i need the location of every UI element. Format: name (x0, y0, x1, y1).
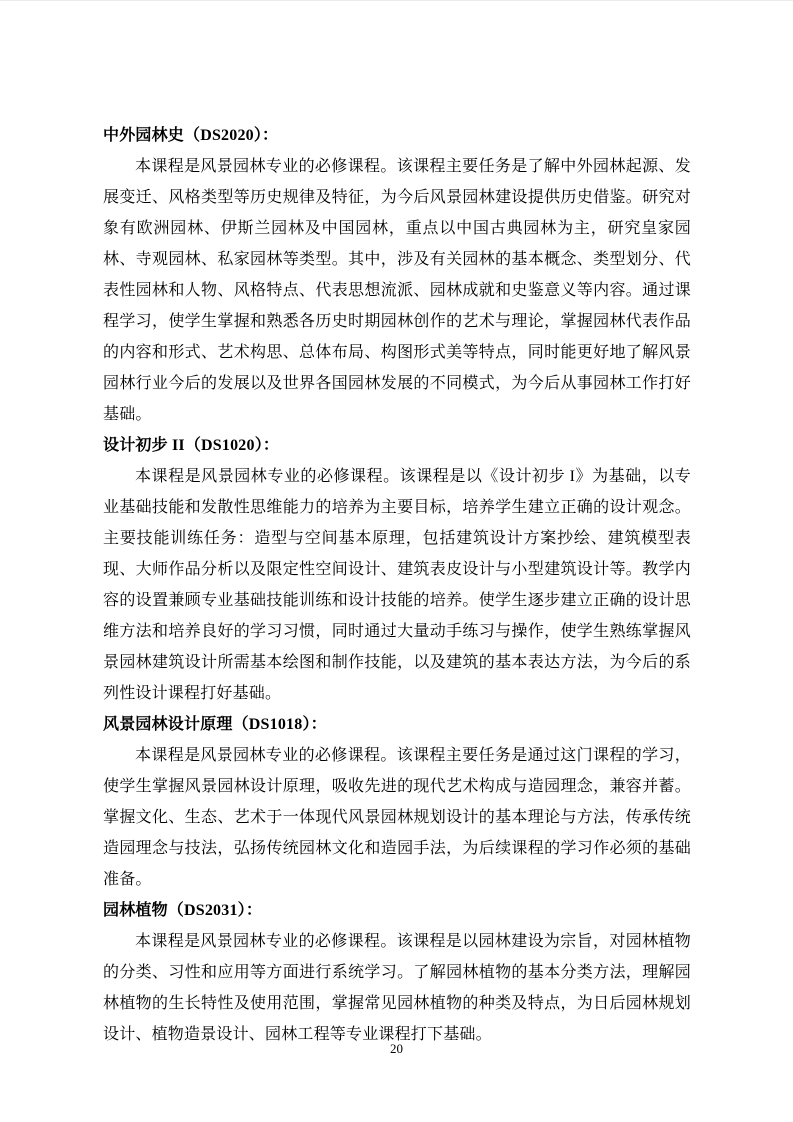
document-page: 中外园林史（DS2020）： 本课程是风景园林专业的必修课程。该课程主要任务是了… (0, 0, 793, 1122)
course-title: 风景园林设计原理（DS1018）： (103, 709, 691, 740)
course-title: 设计初步 II（DS1020）： (103, 430, 691, 461)
page-content: 中外园林史（DS2020）： 本课程是风景园林专业的必修课程。该课程主要任务是了… (103, 120, 691, 1050)
course-description: 本课程是风景园林专业的必修课程。该课程是以园林建设为宗旨，对园林植物的分类、习性… (103, 926, 691, 1050)
course-section-fengjing-yuanlin-sheji-yuanli: 风景园林设计原理（DS1018）： 本课程是风景园林专业的必修课程。该课程主要任… (103, 709, 691, 895)
course-description: 本课程是风景园林专业的必修课程。该课程主要任务是了解中外园林起源、发展变迁、风格… (103, 151, 691, 430)
course-title: 中外园林史（DS2020）： (103, 120, 691, 151)
course-section-sheji-chubu-2: 设计初步 II（DS1020）： 本课程是风景园林专业的必修课程。该课程是以《设… (103, 430, 691, 709)
course-description: 本课程是风景园林专业的必修课程。该课程主要任务是通过这门课程的学习，使学生掌握风… (103, 740, 691, 895)
course-section-zhongwai-yuanlinshi: 中外园林史（DS2020）： 本课程是风景园林专业的必修课程。该课程主要任务是了… (103, 120, 691, 430)
course-description: 本课程是风景园林专业的必修课程。该课程是以《设计初步 I》为基础，以专业基础技能… (103, 461, 691, 709)
page-number: 20 (0, 1041, 793, 1057)
course-title: 园林植物（DS2031）： (103, 895, 691, 926)
course-section-yuanlin-zhiwu: 园林植物（DS2031）： 本课程是风景园林专业的必修课程。该课程是以园林建设为… (103, 895, 691, 1050)
